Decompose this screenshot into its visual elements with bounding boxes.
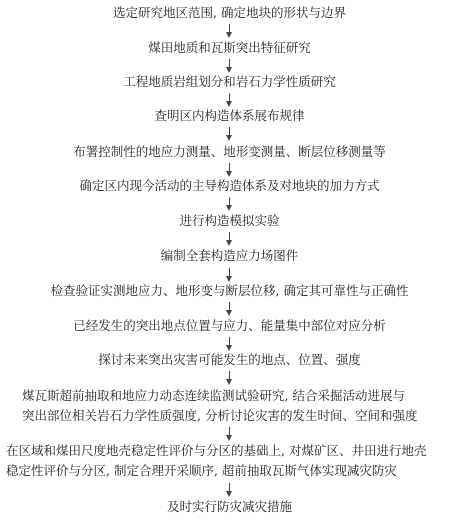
down-arrow-icon	[226, 302, 234, 316]
step-10: 已经发生的突出地点位置与应力、能量集中部位对应分析	[0, 318, 459, 334]
step-11: 探讨未来突出灾害可能发生的地点、位置、强度	[0, 352, 459, 368]
down-arrow-icon	[226, 163, 234, 177]
step-7: 进行构造模拟实验	[0, 213, 459, 229]
step-text: 确定区内现今活动的主导构造体系及对地块的加力方式	[79, 178, 379, 193]
step-text: 编制全套构造应力场图件	[161, 248, 299, 263]
step-text-line-2: 突出部位相关岩石力学性质强度, 分析讨论灾害的发生时间、空间和强度	[22, 406, 442, 426]
step-9: 检查验证实测地应力、地形变与断层位移, 确定其可靠性与正确性	[0, 283, 459, 299]
step-text: 检查验证实测地应力、地形变与断层位移, 确定其可靠性与正确性	[51, 283, 409, 298]
step-text: 已经发生的突出地点位置与应力、能量集中部位对应分析	[73, 318, 386, 333]
down-arrow-icon	[226, 337, 234, 351]
step-6: 确定区内现今活动的主导构造体系及对地块的加力方式	[0, 178, 459, 194]
down-arrow-icon	[226, 93, 234, 107]
step-13: 在区域和煤田尺度地壳稳定性评价与分区的基础上, 对煤矿区、井田进行地壳 稳定性评…	[6, 441, 456, 481]
step-1: 选定研究地区范围, 确定地块的形状与边界	[0, 5, 459, 21]
step-text: 煤田地质和瓦斯突出特征研究	[148, 40, 311, 55]
step-14: 及时实行防灾减灾措施	[0, 499, 459, 515]
step-2: 煤田地质和瓦斯突出特征研究	[0, 40, 459, 56]
step-text-line-2: 稳定性评价与分区, 制定合理开采顺序, 超前抽取瓦斯气体实现减灾防灾	[6, 461, 456, 481]
down-arrow-icon	[226, 371, 234, 385]
step-text: 进行构造模拟实验	[179, 213, 279, 228]
step-text: 查明区内构造体系展布规律	[154, 108, 304, 123]
down-arrow-icon	[226, 197, 234, 211]
down-arrow-icon	[226, 427, 234, 441]
down-arrow-icon	[226, 24, 234, 38]
step-text: 选定研究地区范围, 确定地块的形状与边界	[113, 5, 346, 20]
down-arrow-icon	[226, 268, 234, 282]
step-text: 及时实行防灾减灾措施	[167, 499, 292, 514]
step-5: 布署控制性的地应力测量、地形变测量、断层位移测量等	[0, 144, 459, 160]
step-text-line-1: 在区域和煤田尺度地壳稳定性评价与分区的基础上, 对煤矿区、井田进行地壳	[6, 441, 456, 461]
down-arrow-icon	[226, 232, 234, 246]
step-text: 工程地质岩组划分和岩石力学性质研究	[123, 74, 336, 89]
step-8: 编制全套构造应力场图件	[0, 248, 459, 264]
down-arrow-icon	[226, 59, 234, 73]
step-text: 布署控制性的地应力测量、地形变测量、断层位移测量等	[73, 144, 386, 159]
step-text-line-1: 煤瓦斯超前抽取和地应力动态连续监测试验研究, 结合采掘活动进展与	[22, 386, 442, 406]
step-text: 探讨未来突出灾害可能发生的地点、位置、强度	[98, 352, 361, 367]
down-arrow-icon	[226, 483, 234, 497]
step-3: 工程地质岩组划分和岩石力学性质研究	[0, 74, 459, 90]
down-arrow-icon	[226, 127, 234, 141]
step-4: 查明区内构造体系展布规律	[0, 108, 459, 124]
step-12: 煤瓦斯超前抽取和地应力动态连续监测试验研究, 结合采掘活动进展与 突出部位相关岩…	[22, 386, 442, 426]
